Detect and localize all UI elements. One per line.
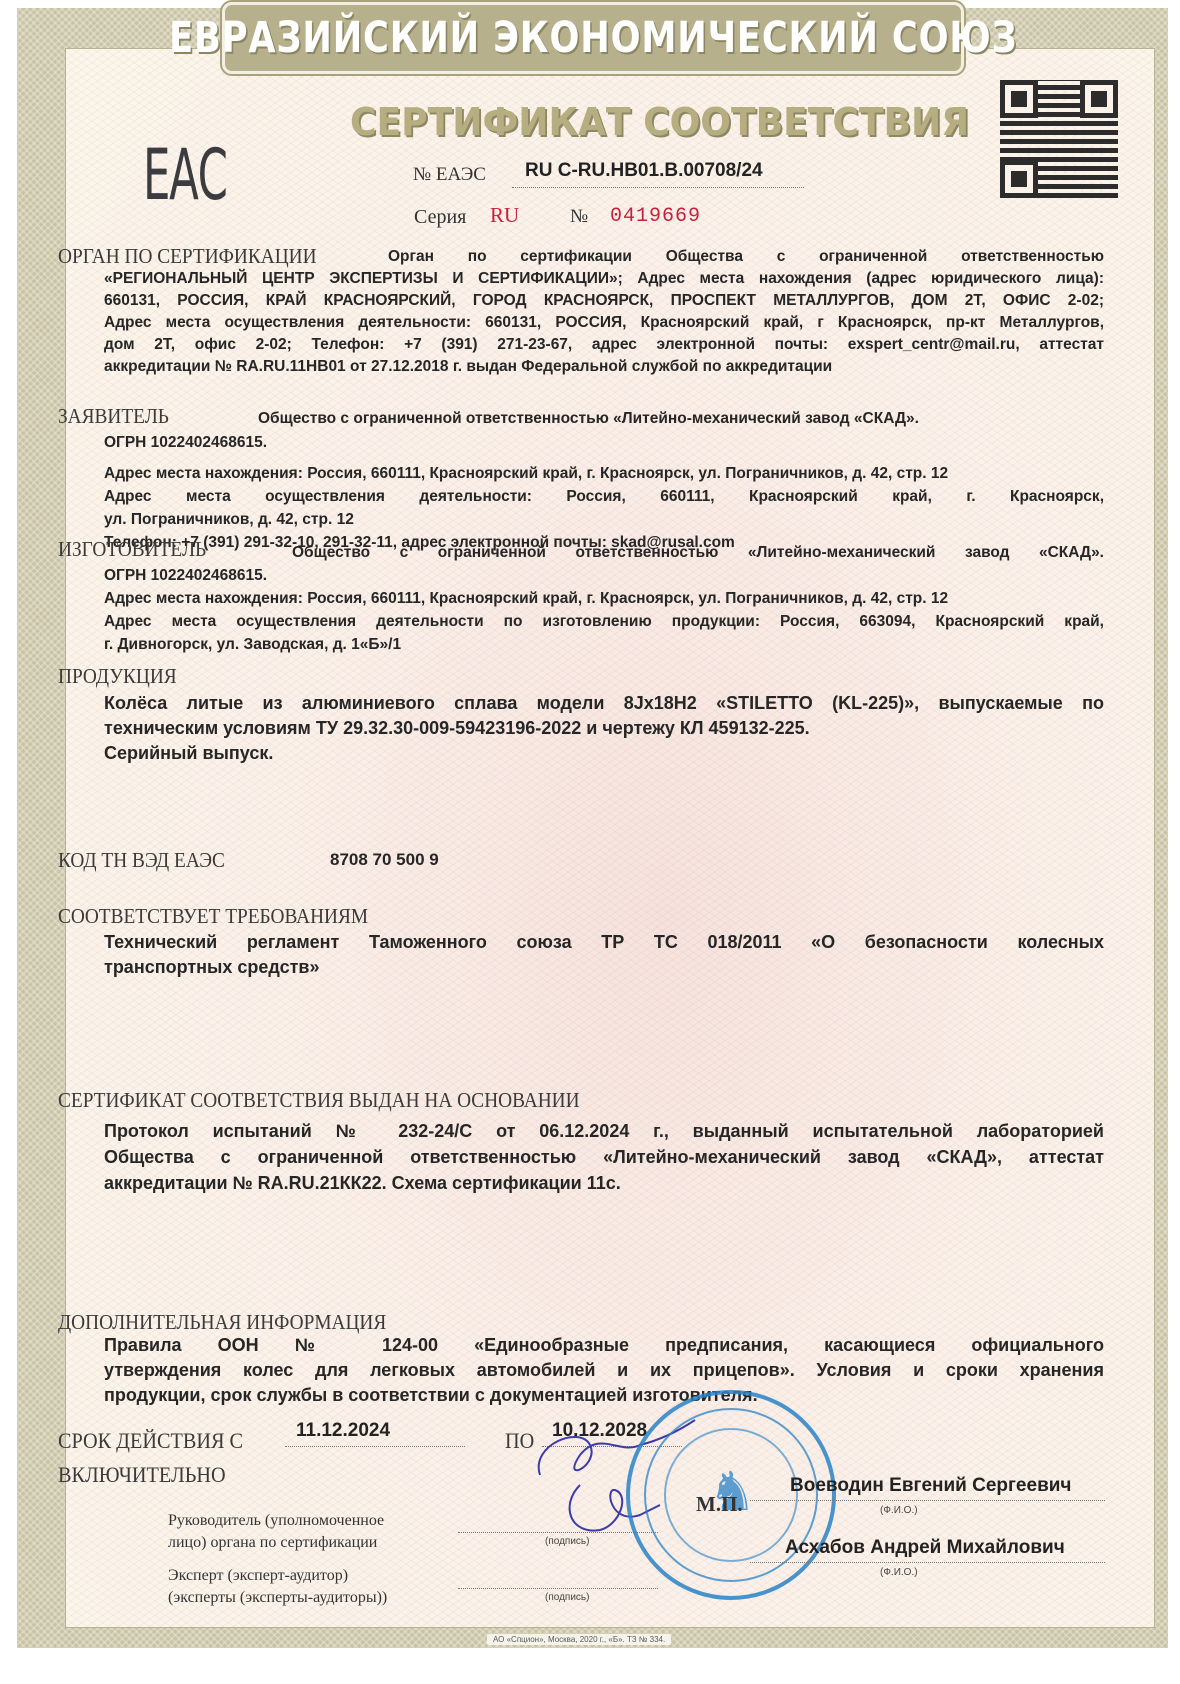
text-line: утверждения колес для легковых автомобил… xyxy=(104,1358,1104,1383)
text-line: продукции, срок службы в соответствии с … xyxy=(104,1383,1104,1408)
applicant-heading: ЗАЯВИТЕЛЬ xyxy=(58,404,169,429)
certification-body-text: Орган по сертификации Общества с огранич… xyxy=(104,246,1104,378)
head-label-line: Руководитель (уполномоченное xyxy=(168,1510,384,1532)
head-name-underline xyxy=(750,1500,1105,1501)
manufacturer-heading: ИЗГОТОВИТЕЛЬ xyxy=(58,537,206,562)
manufacturer-ogrn: ОГРН 1022402468615. xyxy=(104,564,1104,587)
text-line: ул. Пограничников, д. 42, стр. 12 xyxy=(104,508,1104,531)
text-line: Общества с ограниченной ответственностью… xyxy=(104,1144,1104,1170)
qr-code-icon xyxy=(1000,80,1118,198)
eac-mark-icon: ЕАС xyxy=(143,134,227,216)
text-line: Адрес места нахождения: Россия, 660111, … xyxy=(104,462,1104,485)
text-line: 660131, РОССИЯ, КРАЙ КРАСНОЯРСКИЙ, ГОРОД… xyxy=(104,290,1104,312)
number-underline xyxy=(512,187,804,188)
text-line: «РЕГИОНАЛЬНЫЙ ЦЕНТР ЭКСПЕРТИЗЫ И СЕРТИФИ… xyxy=(104,268,1104,290)
validity-inclusive-label: ВКЛЮЧИТЕЛЬНО xyxy=(58,1462,226,1488)
blank-number-label: № xyxy=(570,206,588,228)
text-line: аккредитации № RA.RU.21КК22. Схема серти… xyxy=(104,1170,1104,1196)
applicant-ogrn: ОГРН 1022402468615. xyxy=(104,431,1104,454)
expert-label: Эксперт (эксперт-аудитор) (эксперты (экс… xyxy=(168,1565,387,1609)
head-label-line: лицо) органа по сертификации xyxy=(168,1532,384,1554)
eaeu-number-value: RU C-RU.НВ01.В.00708/24 xyxy=(525,160,763,182)
union-banner: ЕВРАЗИЙСКИЙ ЭКОНОМИЧЕСКИЙ СОЮЗ xyxy=(222,2,964,74)
expert-name-underline xyxy=(750,1562,1105,1563)
basis-text: Протокол испытаний № 232-24/С от 06.12.2… xyxy=(104,1118,1104,1196)
product-heading: ПРОДУКЦИЯ xyxy=(58,664,177,689)
qr-finder-icon xyxy=(1000,160,1038,198)
text-line: Технический регламент Таможенного союза … xyxy=(104,930,1104,955)
validity-from-date: 11.12.2024 xyxy=(296,1420,390,1442)
text-line: Колёса литые из алюминиевого сплава моде… xyxy=(104,691,1104,716)
text-line: Правила ООН № 124-00 «Единообразные пред… xyxy=(104,1333,1104,1358)
eaeu-number-label: № ЕАЭС xyxy=(413,164,486,186)
blank-number-value: 0419669 xyxy=(610,205,701,228)
hs-code-heading: КОД ТН ВЭД ЕАЭС xyxy=(58,848,225,873)
text-line: г. Дивногорск, ул. Заводская, д. 1«Б»/1 xyxy=(104,633,1104,656)
head-name: Воеводин Евгений Сергеевич xyxy=(790,1475,1071,1497)
expert-label-line: (эксперты (эксперты-аудиторы)) xyxy=(168,1587,387,1609)
expert-signature-caption: (подпись) xyxy=(545,1592,589,1603)
expert-label-line: Эксперт (эксперт-аудитор) xyxy=(168,1565,387,1587)
text-line: дом 2Т, офис 2-02; Телефон: +7 (391) 271… xyxy=(104,334,1104,356)
seal-label: М.П. xyxy=(696,1492,743,1517)
requirements-heading: СООТВЕТСТВУЕТ ТРЕБОВАНИЯМ xyxy=(58,904,368,929)
printer-imprint: АО «Спцион», Москва, 2020 г., «Б». ТЗ № … xyxy=(487,1634,671,1645)
text-line: транспортных средств» xyxy=(104,955,1104,980)
union-banner-text: ЕВРАЗИЙСКИЙ ЭКОНОМИЧЕСКИЙ СОЮЗ xyxy=(169,13,1017,63)
text-line: Серийный выпуск. xyxy=(104,741,1104,766)
qr-finder-icon xyxy=(1080,80,1118,118)
additional-info-text: Правила ООН № 124-00 «Единообразные пред… xyxy=(104,1333,1104,1408)
expert-fio-caption: (Ф.И.О.) xyxy=(880,1567,918,1578)
from-date-underline xyxy=(285,1446,465,1447)
text-line: Адрес места осуществления деятельности: … xyxy=(104,312,1104,334)
series-value: RU xyxy=(490,203,519,228)
expert-name: Асхабов Андрей Михайлович xyxy=(785,1537,1065,1559)
hs-code-value: 8708 70 500 9 xyxy=(330,849,439,871)
applicant-text: ОГРН 1022402468615. Адрес места нахожден… xyxy=(104,431,1104,554)
series-label: Серия xyxy=(414,206,466,229)
text-line: техническим условиям ТУ 29.32.30-009-594… xyxy=(104,716,1104,741)
product-text: Колёса литые из алюминиевого сплава моде… xyxy=(104,691,1104,766)
applicant-name: Общество с ограниченной ответственностью… xyxy=(258,408,1098,430)
requirements-text: Технический регламент Таможенного союза … xyxy=(104,930,1104,980)
qr-finder-icon xyxy=(1000,80,1038,118)
text-line: Адрес места осуществления деятельности п… xyxy=(104,610,1104,633)
head-fio-caption: (Ф.И.О.) xyxy=(880,1505,918,1516)
text-line: Адрес места нахождения: Россия, 660111, … xyxy=(104,587,1104,610)
text-line: Адрес места осуществления деятельности: … xyxy=(104,485,1104,508)
expert-signature-line xyxy=(458,1588,658,1589)
basis-heading: СЕРТИФИКАТ СООТВЕТСТВИЯ ВЫДАН НА ОСНОВАН… xyxy=(58,1088,580,1113)
text-line: Протокол испытаний № 232-24/С от 06.12.2… xyxy=(104,1118,1104,1144)
additional-info-heading: ДОПОЛНИТЕЛЬНАЯ ИНФОРМАЦИЯ xyxy=(58,1310,386,1335)
validity-from-label: СРОК ДЕЙСТВИЯ С xyxy=(58,1428,243,1454)
document-title: СЕРТИФИКАТ СООТВЕТСТВИЯ xyxy=(350,100,882,144)
head-label: Руководитель (уполномоченное лицо) орган… xyxy=(168,1510,384,1554)
manufacturer-text: ОГРН 1022402468615. Адрес места нахожден… xyxy=(104,564,1104,656)
manufacturer-name: Общество с ограниченной ответственностью… xyxy=(292,542,1104,564)
text-line: аккредитации № RA.RU.11НВ01 от 27.12.201… xyxy=(104,356,1104,378)
text-line: Орган по сертификации Общества с огранич… xyxy=(388,246,1104,268)
manufacturer-name-block: Общество с ограниченной ответственностью… xyxy=(292,542,1104,564)
